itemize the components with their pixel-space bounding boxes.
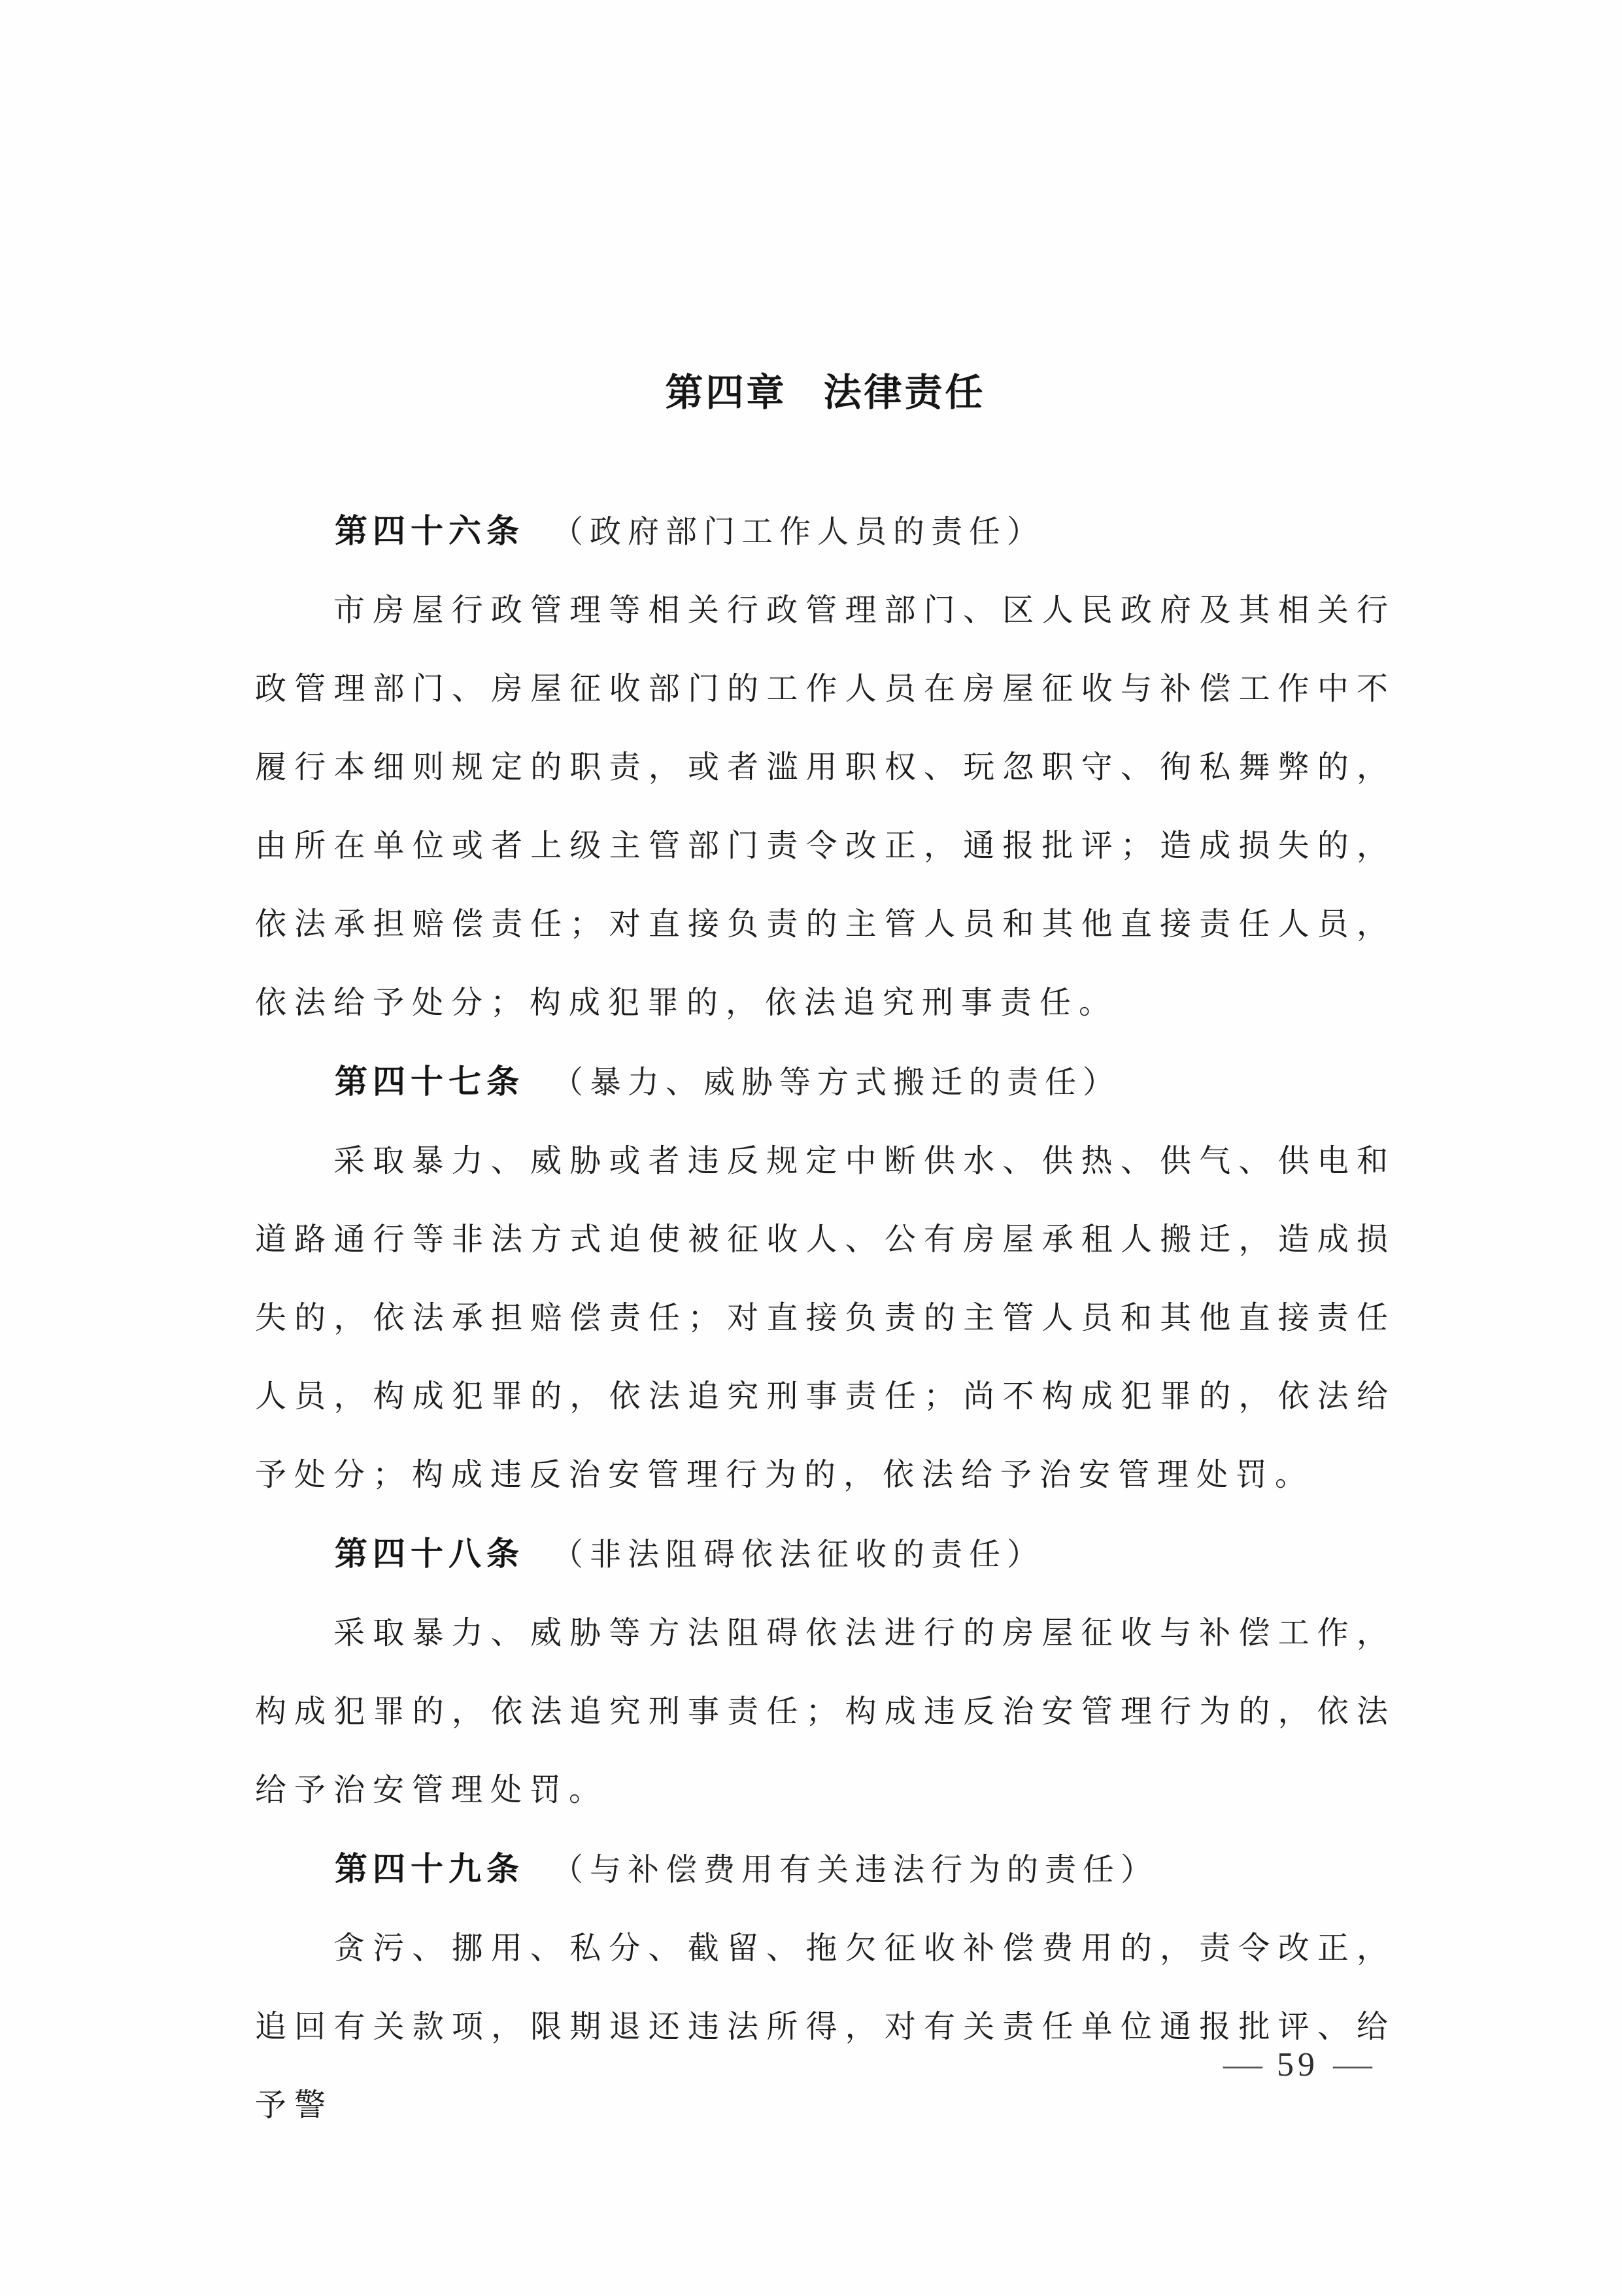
chapter-number: 第四章	[665, 371, 786, 414]
chapter-heading: 第四章法律责任	[255, 371, 1396, 415]
footer-dash-left: —	[1223, 2046, 1262, 2085]
page-number: 59	[1277, 2046, 1319, 2085]
article-number: 第四十六条	[335, 513, 524, 549]
chapter-title: 法律责任	[824, 371, 986, 414]
article-subtitle: （政府部门工作人员的责任）	[552, 515, 1045, 549]
article-paragraph: 采取暴力、威胁或者违反规定中断供水、供热、供气、供电和道路通行等非法方式迫使被征…	[255, 1122, 1396, 1515]
article-subtitle: （暴力、威胁等方式搬迁的责任）	[552, 1065, 1121, 1100]
page-content: 第四章法律责任 第四十六条（政府部门工作人员的责任） 市房屋行政管理等相关行政管…	[255, 371, 1396, 2145]
article-heading: 第四十八条（非法阻碍依法征收的责任）	[255, 1515, 1396, 1594]
article-number: 第四十八条	[335, 1535, 524, 1572]
footer-dash-right: —	[1333, 2046, 1372, 2085]
document-page: 第四章法律责任 第四十六条（政府部门工作人员的责任） 市房屋行政管理等相关行政管…	[0, 0, 1622, 2296]
article-paragraph: 贪污、挪用、私分、截留、拖欠征收补偿费用的，责令改正，追回有关款项，限期退还违法…	[255, 1910, 1396, 2145]
article-number: 第四十九条	[335, 1851, 524, 1887]
article-subtitle: （与补偿费用有关违法行为的责任）	[552, 1853, 1158, 1887]
page-footer: — 59 —	[1226, 2046, 1370, 2085]
article-49: 第四十九条（与补偿费用有关违法行为的责任） 贪污、挪用、私分、截留、拖欠征收补偿…	[255, 1830, 1396, 2145]
article-number: 第四十七条	[335, 1063, 524, 1100]
article-heading: 第四十七条（暴力、威胁等方式搬迁的责任）	[255, 1042, 1396, 1122]
article-heading: 第四十九条（与补偿费用有关违法行为的责任）	[255, 1830, 1396, 1910]
article-subtitle: （非法阻碍依法征收的责任）	[552, 1537, 1045, 1572]
article-46: 第四十六条（政府部门工作人员的责任） 市房屋行政管理等相关行政管理部门、区人民政…	[255, 492, 1396, 1042]
article-heading: 第四十六条（政府部门工作人员的责任）	[255, 492, 1396, 572]
article-47: 第四十七条（暴力、威胁等方式搬迁的责任） 采取暴力、威胁或者违反规定中断供水、供…	[255, 1042, 1396, 1515]
article-paragraph: 市房屋行政管理等相关行政管理部门、区人民政府及其相关行政管理部门、房屋征收部门的…	[255, 572, 1396, 1042]
article-48: 第四十八条（非法阻碍依法征收的责任） 采取暴力、威胁等方法阻碍依法进行的房屋征收…	[255, 1515, 1396, 1830]
article-paragraph: 采取暴力、威胁等方法阻碍依法进行的房屋征收与补偿工作，构成犯罪的，依法追究刑事责…	[255, 1594, 1396, 1830]
